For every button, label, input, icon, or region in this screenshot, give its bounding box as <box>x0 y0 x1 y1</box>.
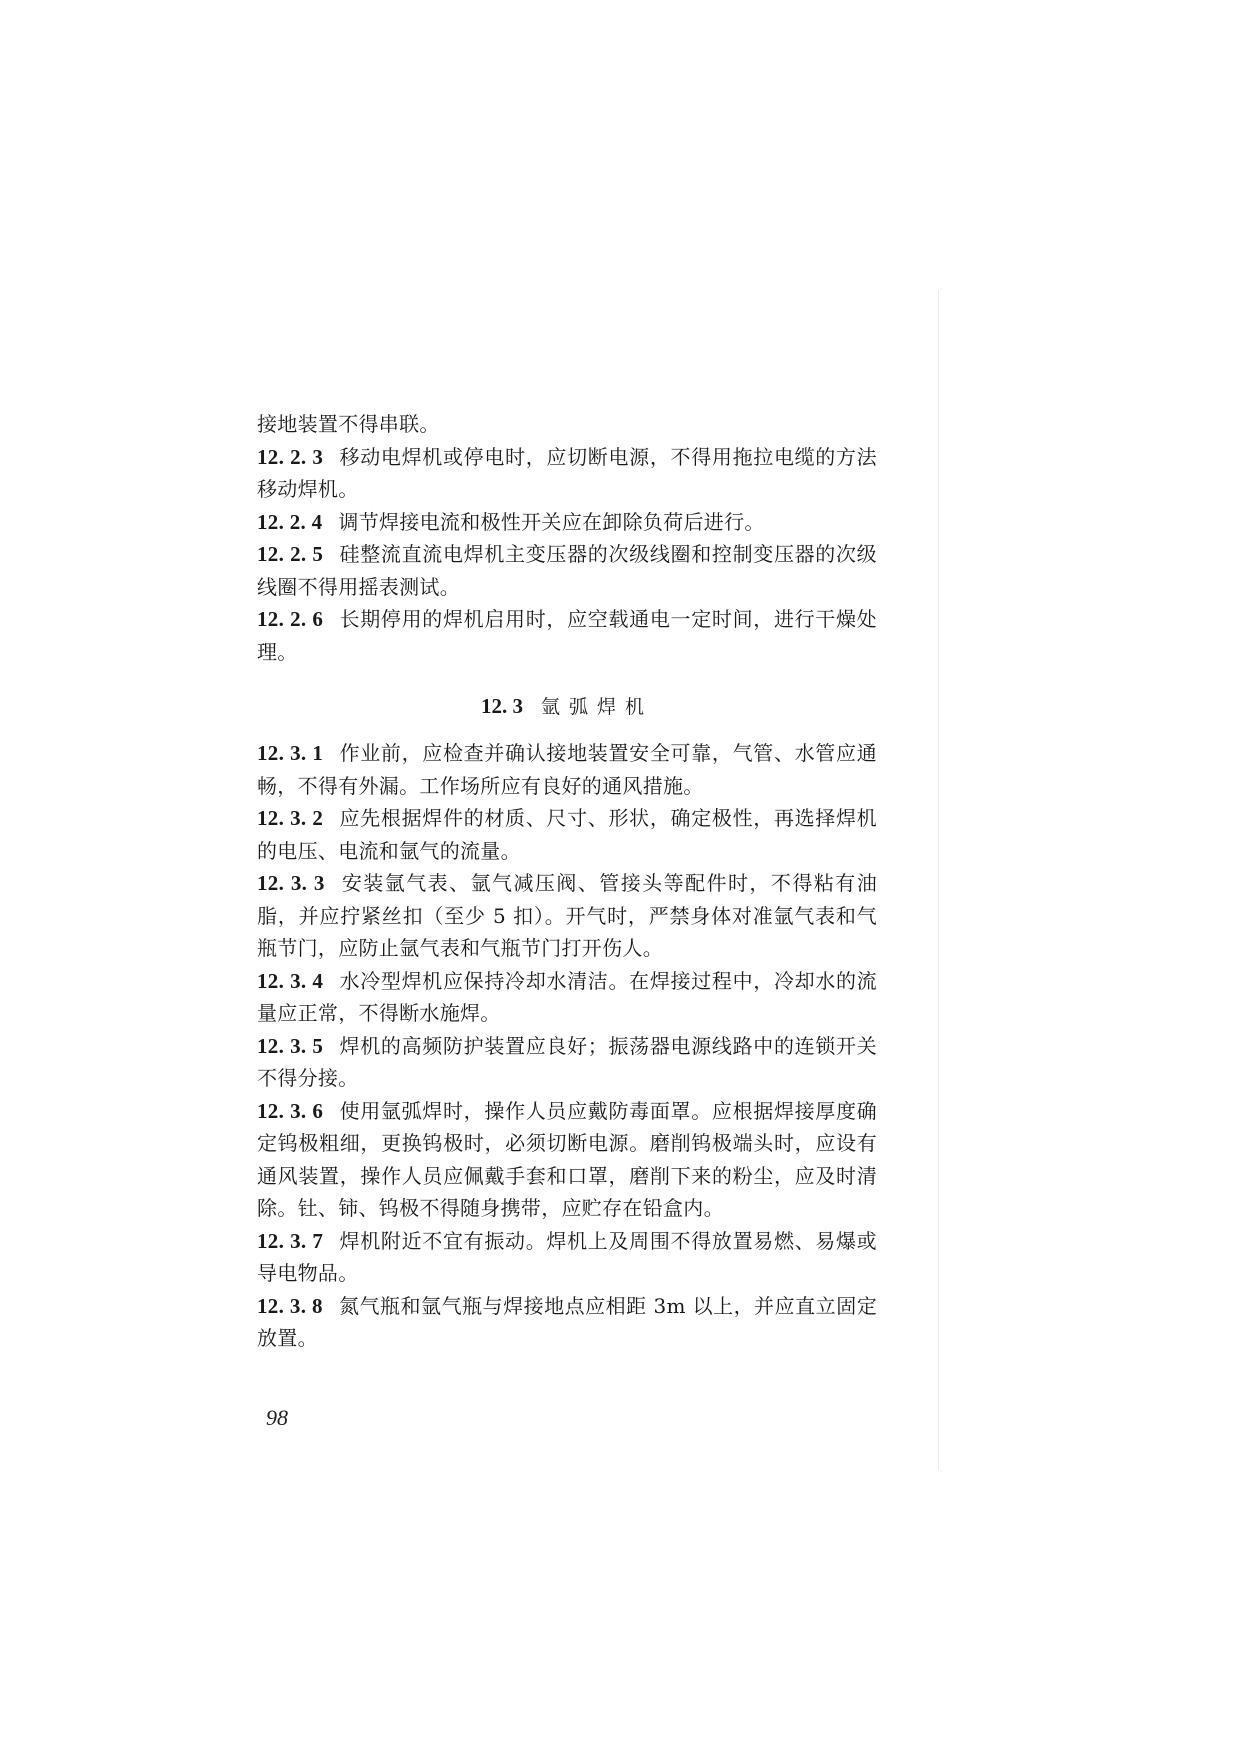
clause-text: 水冷型焊机应保持冷却水清洁。在焊接过程中，冷却水的流量应正常，不得断水施焊。 <box>257 969 877 1026</box>
clause-12-3-7: 12. 3. 7焊机附近不宜有振动。焊机上及周围不得放置易燃、易爆或导电物品。 <box>257 1225 877 1290</box>
clause-number: 12. 2. 5 <box>257 542 323 566</box>
section-heading: 12. 3氩弧焊机 <box>257 690 877 723</box>
clause-12-2-6: 12. 2. 6长期停用的焊机启用时，应空载通电一定时间，进行干燥处理。 <box>257 603 877 668</box>
clause-12-3-1: 12. 3. 1作业前，应检查并确认接地装置安全可靠，气管、水管应通畅，不得有外… <box>257 737 877 802</box>
clause-text: 作业前，应检查并确认接地装置安全可靠，气管、水管应通畅，不得有外漏。工作场所应有… <box>257 741 877 798</box>
clause-text: 硅整流直流电焊机主变压器的次级线圈和控制变压器的次级线圈不得用摇表测试。 <box>257 542 877 599</box>
page-edge-line <box>938 290 939 1470</box>
page-number: 98 <box>266 1405 288 1431</box>
clause-12-2-4: 12. 2. 4调节焊接电流和极性开关应在卸除负荷后进行。 <box>257 506 877 539</box>
clause-text: 应先根据焊件的材质、尺寸、形状，确定极性，再选择焊机的电压、电流和氩气的流量。 <box>257 806 877 863</box>
clause-12-3-8: 12. 3. 8氮气瓶和氩气瓶与焊接地点应相距 3m 以上，并应直立固定放置。 <box>257 1290 877 1355</box>
document-page: 接地装置不得串联。 12. 2. 3移动电焊机或停电时，应切断电源，不得用拖拉电… <box>257 408 877 1355</box>
clause-number: 12. 3. 5 <box>257 1034 323 1058</box>
clause-text: 长期停用的焊机启用时，应空载通电一定时间，进行干燥处理。 <box>257 607 877 664</box>
clause-number: 12. 3. 6 <box>257 1099 323 1123</box>
clause-number: 12. 3. 2 <box>257 806 323 830</box>
clause-12-3-4: 12. 3. 4水冷型焊机应保持冷却水清洁。在焊接过程中，冷却水的流量应正常，不… <box>257 965 877 1030</box>
section-number: 12. 3 <box>481 694 523 718</box>
clause-number: 12. 2. 4 <box>257 510 322 534</box>
clause-text: 氮气瓶和氩气瓶与焊接地点应相距 3m 以上，并应直立固定放置。 <box>257 1294 877 1351</box>
clause-text: 焊机的高频防护装置应良好；振荡器电源线路中的连锁开关不得分接。 <box>257 1034 877 1091</box>
clause-text: 安装氩气表、氩气减压阀、管接头等配件时，不得粘有油脂，并应拧紧丝扣（至少 5 扣… <box>257 871 877 960</box>
clause-text: 使用氩弧焊时，操作人员应戴防毒面罩。应根据焊接厚度确定钨极粗细，更换钨极时，必须… <box>257 1099 877 1221</box>
clause-12-3-3: 12. 3. 3安装氩气表、氩气减压阀、管接头等配件时，不得粘有油脂，并应拧紧丝… <box>257 867 877 965</box>
clause-text: 移动电焊机或停电时，应切断电源，不得用拖拉电缆的方法移动焊机。 <box>257 445 877 502</box>
clause-number: 12. 3. 7 <box>257 1229 323 1253</box>
clause-number: 12. 3. 8 <box>257 1294 323 1318</box>
clause-text: 调节焊接电流和极性开关应在卸除负荷后进行。 <box>338 510 764 534</box>
clause-number: 12. 3. 3 <box>257 871 325 895</box>
clause-12-2-5: 12. 2. 5硅整流直流电焊机主变压器的次级线圈和控制变压器的次级线圈不得用摇… <box>257 538 877 603</box>
clause-number: 12. 3. 1 <box>257 741 323 765</box>
clause-12-3-2: 12. 3. 2应先根据焊件的材质、尺寸、形状，确定极性，再选择焊机的电压、电流… <box>257 802 877 867</box>
clause-number: 12. 3. 4 <box>257 969 323 993</box>
lead-paragraph: 接地装置不得串联。 <box>257 408 877 441</box>
clause-number: 12. 2. 3 <box>257 445 323 469</box>
clause-number: 12. 2. 6 <box>257 607 323 631</box>
section-title: 氩弧焊机 <box>541 696 653 718</box>
clause-12-3-5: 12. 3. 5焊机的高频防护装置应良好；振荡器电源线路中的连锁开关不得分接。 <box>257 1030 877 1095</box>
clause-12-2-3: 12. 2. 3移动电焊机或停电时，应切断电源，不得用拖拉电缆的方法移动焊机。 <box>257 441 877 506</box>
clause-text: 焊机附近不宜有振动。焊机上及周围不得放置易燃、易爆或导电物品。 <box>257 1229 877 1286</box>
clause-12-3-6: 12. 3. 6使用氩弧焊时，操作人员应戴防毒面罩。应根据焊接厚度确定钨极粗细，… <box>257 1095 877 1225</box>
